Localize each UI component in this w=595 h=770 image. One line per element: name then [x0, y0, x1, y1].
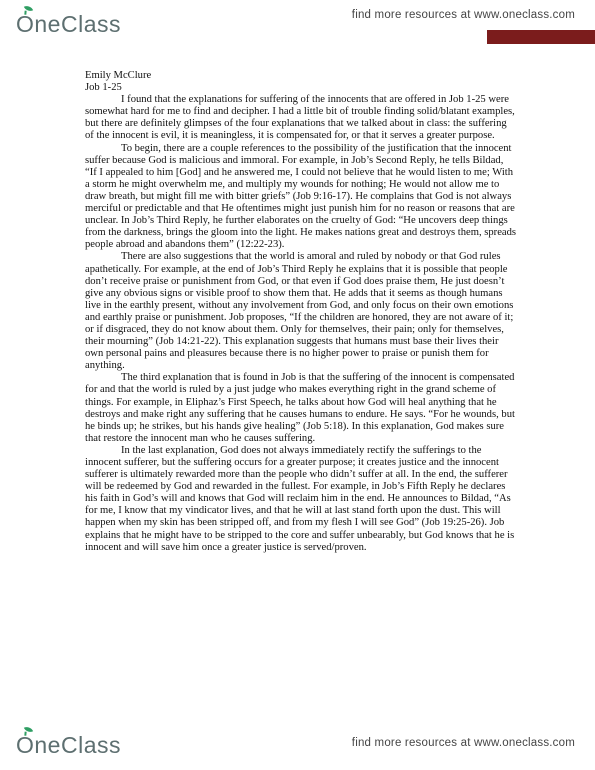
header-tagline: find more resources at www.oneclass.com	[352, 9, 575, 21]
essay-paragraph-3: There are also suggestions that the worl…	[85, 251, 517, 372]
essay-body: Emily McClure Job 1-25 I found that the …	[85, 70, 517, 554]
oneclass-logo: OneClass	[16, 4, 121, 39]
footer: OneClass find more resources at www.onec…	[16, 725, 575, 760]
essay-paragraph-4: The third explanation that is found in J…	[85, 372, 517, 445]
author-name: Emily McClure	[85, 70, 517, 82]
oneclass-logo-text: OneClass	[16, 732, 121, 758]
footer-tagline: find more resources at www.oneclass.com	[352, 737, 575, 749]
essay-title: Job 1-25	[85, 82, 517, 94]
oneclass-logo-footer: OneClass	[16, 725, 121, 760]
essay-paragraph-1: I found that the explanations for suffer…	[85, 94, 517, 142]
corner-marker-bar	[487, 30, 595, 44]
essay-paragraph-2: To begin, there are a couple references …	[85, 143, 517, 252]
oneclass-logo-text: OneClass	[16, 11, 121, 37]
essay-paragraph-5: In the last explanation, God does not al…	[85, 445, 517, 554]
document-page: OneClass find more resources at www.onec…	[0, 0, 595, 770]
